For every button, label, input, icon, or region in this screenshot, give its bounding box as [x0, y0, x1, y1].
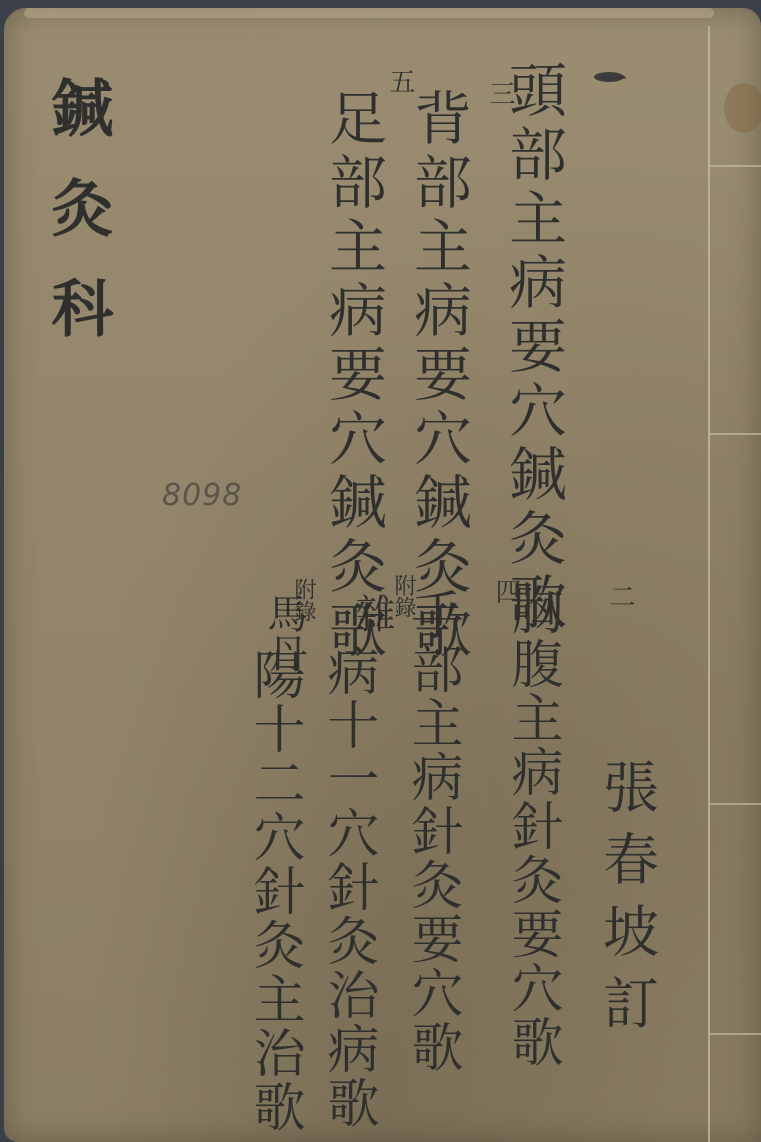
contents-item-foot: 足部主病要穴鍼灸歌 — [324, 88, 382, 664]
contents-item-hand: 手部主病針灸要穴歌 — [406, 588, 458, 1074]
appendix-head: 雜 — [344, 593, 401, 633]
book-cover: 鍼灸科 一 頭部主病要穴鍼灸歌 三 背部主病要穴鍼灸歌 五 足部主病要穴鍼灸歌 … — [4, 8, 761, 1142]
section-number: 四 — [488, 578, 525, 604]
binding-stitch — [710, 433, 761, 435]
book-title: 鍼灸科 — [46, 76, 108, 376]
binding-stitch — [710, 803, 761, 805]
water-stain — [724, 83, 761, 133]
catalog-number: 8098 — [162, 478, 242, 513]
author-credit: 張春坡訂 — [598, 758, 654, 1046]
appendix-item-miscellaneous: 病十一穴針灸治病歌 — [322, 644, 374, 1130]
binding-stitch — [710, 165, 761, 167]
contents-item-head: 頭部主病要穴鍼灸歌 — [504, 60, 562, 636]
appendix-item-ma-danyang: 陽十二穴針灸主治歌 — [248, 648, 300, 1134]
contents-item-chest-abdomen: 胸腹主病針灸要穴歌 — [506, 583, 558, 1069]
worn-top-edge — [24, 8, 714, 18]
section-number: 一 — [594, 66, 631, 92]
contents-item-back: 背部主病要穴鍼灸歌 — [409, 88, 467, 664]
section-number: 三 — [482, 80, 519, 106]
binding-stitch — [710, 1033, 761, 1035]
section-number: 五 — [382, 68, 419, 94]
section-number: 二 — [602, 583, 639, 609]
binding-spine-line — [708, 26, 710, 1142]
